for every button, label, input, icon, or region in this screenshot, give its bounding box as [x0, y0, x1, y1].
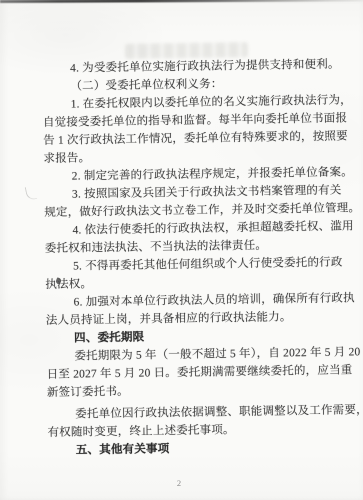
section-heading: 五、其他有关事项 — [48, 438, 344, 460]
document-body: 4. 为受委托单位实施行政执法行为提供支持和便利。 （二）受委托单位权利义务： … — [42, 56, 344, 460]
scan-edge-artifact — [0, 0, 363, 3]
page-number: 2 — [164, 478, 194, 488]
smudge-artifact — [25, 185, 38, 201]
text-line: 新签订委托书。 — [47, 380, 343, 402]
scanned-document-page: 4. 为受委托单位实施行政执法行为提供支持和便利。 （二）受委托单位权利义务： … — [0, 0, 363, 500]
